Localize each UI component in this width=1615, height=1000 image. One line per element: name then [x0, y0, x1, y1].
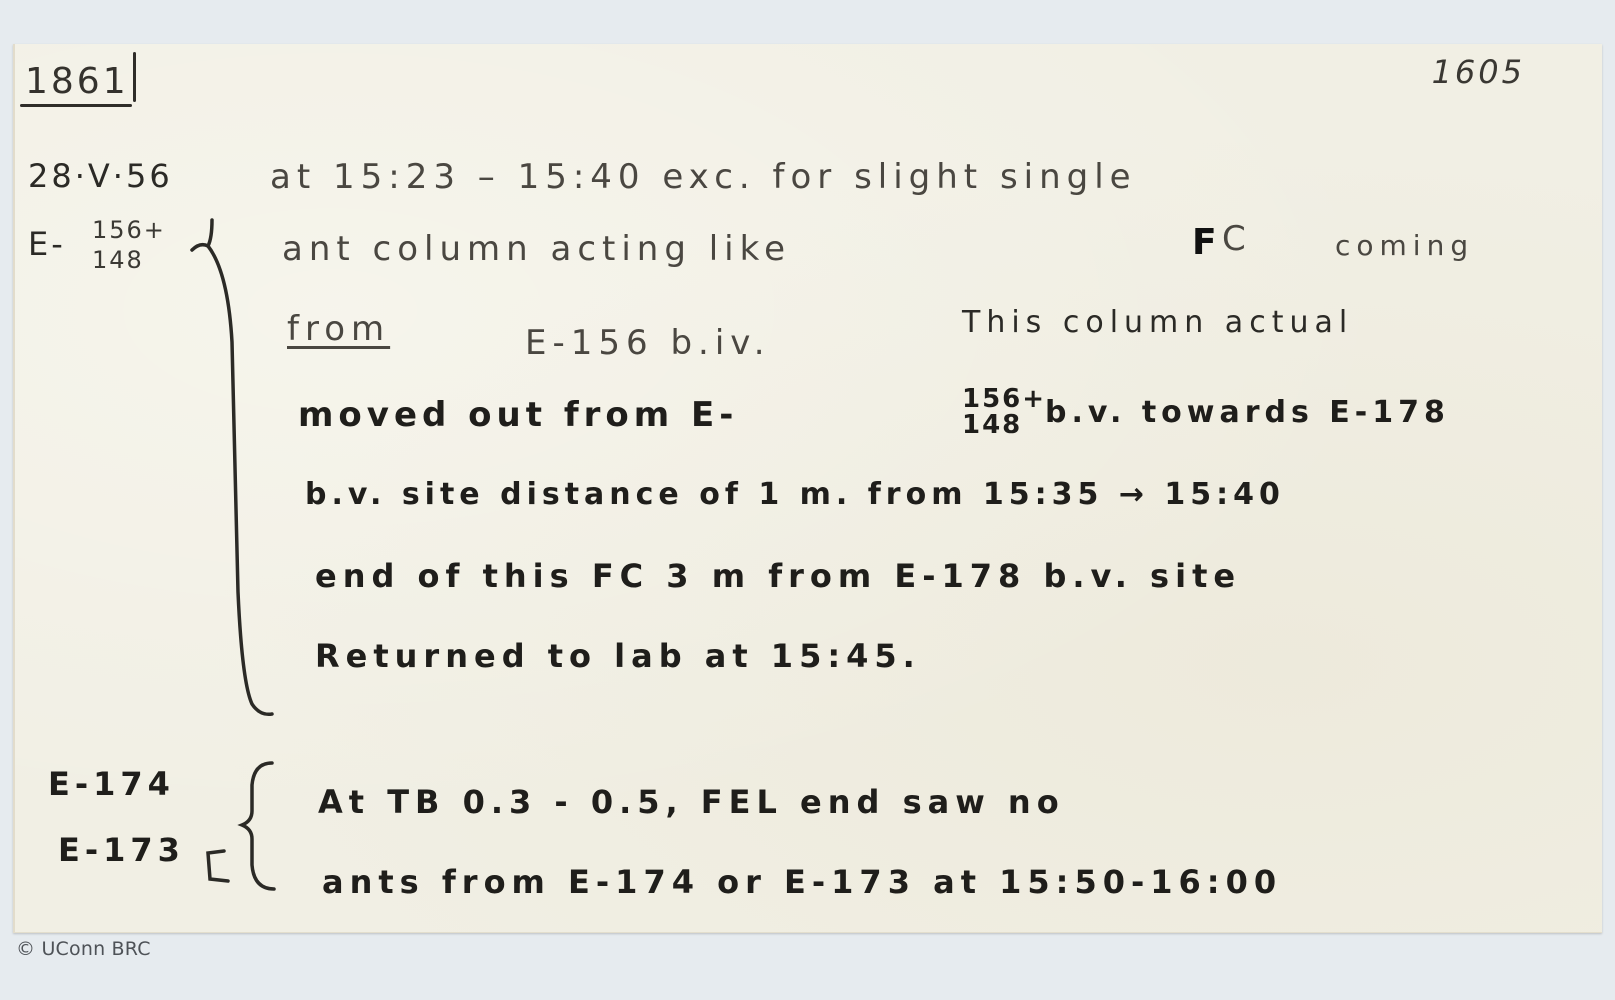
small-bracket-icon	[198, 845, 234, 885]
entry-1-margin-prefix: E-	[28, 228, 66, 260]
entry-2-margin-label-2: E-173	[58, 834, 185, 866]
entry-1-line-3c: This column actual	[962, 308, 1353, 338]
curly-brace-small-icon	[232, 755, 282, 895]
inline-fraction-bottom: 148	[962, 412, 1046, 438]
entry-1-inline-fraction: 156+ 148	[962, 386, 1046, 438]
entry-2-line-1: At TB 0.3 - 0.5, FEL end saw no	[318, 786, 1065, 818]
fc-label-C: C	[1222, 222, 1252, 256]
entry-1-margin-fraction: 156+ 148	[92, 215, 166, 275]
inline-fraction-top: 156+	[962, 386, 1046, 412]
entry-1-line-4: moved out from E-	[298, 398, 738, 432]
entry-2-margin-label-1: E-174	[48, 768, 175, 800]
page-number: 1605	[1432, 56, 1525, 88]
catalog-number: 1861	[25, 64, 129, 100]
fc-label-F: F	[1192, 225, 1223, 261]
entry-1-line-4b: b.v. towards E-178	[1045, 398, 1450, 428]
entry-1-margin-bottom: 148	[92, 245, 166, 275]
entry-1-line-7: Returned to lab at 15:45.	[315, 640, 921, 672]
entry-1-line-3b: E-156 b.iv.	[525, 326, 771, 360]
entry-date: 28·V·56	[28, 160, 173, 192]
entry-1-from-underlined: from	[287, 312, 390, 346]
catalog-number-bar	[133, 52, 136, 102]
entry-1-margin-top: 156+	[92, 215, 166, 245]
curly-brace-icon	[190, 212, 280, 722]
entry-1-line-5: b.v. site distance of 1 m. from 15:35 → …	[305, 480, 1285, 510]
entry-1-coming: coming	[1335, 232, 1474, 260]
entry-2-line-2: ants from E-174 or E-173 at 15:50-16:00	[322, 866, 1282, 898]
entry-1-line-6: end of this FC 3 m from E-178 b.v. site	[315, 560, 1241, 592]
entry-1-line-2: ant column acting like	[282, 232, 791, 266]
entry-1-line-1: at 15:23 – 15:40 exc. for slight single	[270, 160, 1137, 194]
copyright-notice: © UConn BRC	[16, 938, 151, 960]
catalog-number-underline	[20, 104, 132, 107]
